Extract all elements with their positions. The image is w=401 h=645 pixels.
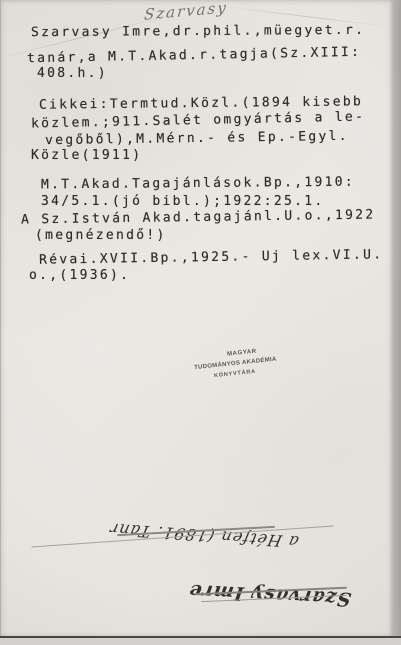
typed-line: Révai.XVII.Bp.,1925.- Uj lex.VI.U. bbox=[39, 247, 384, 267]
scan-edge-right bbox=[393, 0, 401, 645]
typed-line: közlem.;911.Salét omgyártás a le- bbox=[31, 110, 365, 132]
typed-line: Közle(1911) bbox=[31, 148, 142, 163]
typed-line-heading: Szarvasy Imre,dr.phil.,müegyet.r. bbox=[31, 23, 365, 40]
library-stamp: MAGYAR TUDOMÁNYOS AKADÉMIA KÖNYVTÁRA bbox=[193, 345, 276, 383]
catalog-card: Szarvasy Szarvasy Imre,dr.phil.,müegyet.… bbox=[1, 0, 393, 637]
typed-line: o.,(1936). bbox=[29, 268, 130, 283]
typed-line-sources: M.T.Akad.Tagajánlások.Bp.,1910: bbox=[41, 175, 355, 193]
typed-line: vegőből),M.Mérn.- és Ep.-Egyl. bbox=[45, 129, 349, 148]
pencil-annotation-name: Szarvasy bbox=[143, 0, 228, 24]
scan-edge-bottom-strip bbox=[0, 638, 401, 645]
typed-line: (megnézendő!) bbox=[35, 228, 167, 243]
typed-line: A Sz.István Akad.tagajánl.U.o.,1922 bbox=[21, 208, 376, 228]
scanned-card-viewport: Szarvasy Szarvasy Imre,dr.phil.,müegyet.… bbox=[0, 0, 401, 645]
typed-line: tanár,a M.T.Akad.r.tagja(Sz.XIII: bbox=[27, 45, 361, 66]
typed-line: 408.h.) bbox=[37, 66, 108, 81]
typed-line: 34/5.1.(jó bibl.);1922:25.1. bbox=[41, 194, 325, 209]
